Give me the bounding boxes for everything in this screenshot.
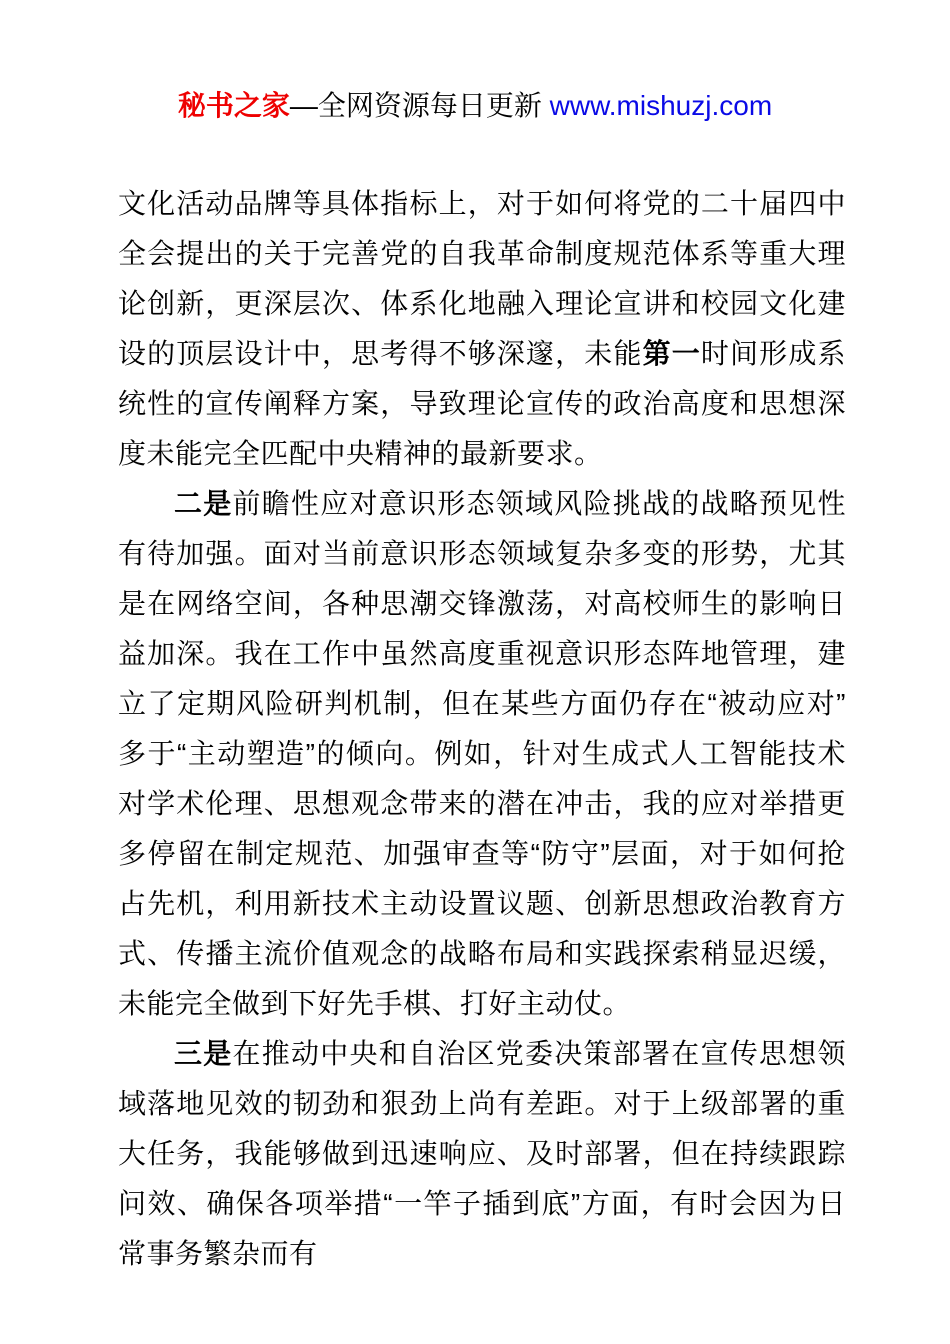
bold-run-diyi: 第一	[643, 338, 701, 369]
site-name: 秘书之家	[178, 90, 290, 121]
document-body: 文化活动品牌等具体指标上，对于如何将党的二十届四中全会提出的关于完善党的自我革命…	[118, 179, 846, 1279]
paragraph-3: 三是在推动中央和自治区党委决策部署在宣传思想领域落地见效的韧劲和狠劲上尚有差距。…	[118, 1029, 846, 1279]
text-run: 在推动中央和自治区党委决策部署在宣传思想领域落地见效的韧劲和狠劲上尚有差距。对于…	[118, 1038, 846, 1269]
page-header: 秘书之家—全网资源每日更新 www.mishuzj.com	[0, 0, 950, 126]
site-tagline: —全网资源每日更新	[290, 90, 550, 121]
bold-run-sanshi: 三是	[174, 1038, 233, 1069]
document-page: 秘书之家—全网资源每日更新 www.mishuzj.com 文化活动品牌等具体指…	[0, 0, 950, 1344]
paragraph-1: 文化活动品牌等具体指标上，对于如何将党的二十届四中全会提出的关于完善党的自我革命…	[118, 179, 846, 479]
site-url-link[interactable]: www.mishuzj.com	[550, 90, 772, 121]
bold-run-ershi: 二是	[174, 488, 233, 519]
text-run: 前瞻性应对意识形态领域风险挑战的战略预见性有待加强。面对当前意识形态领域复杂多变…	[118, 488, 846, 1019]
paragraph-2: 二是前瞻性应对意识形态领域风险挑战的战略预见性有待加强。面对当前意识形态领域复杂…	[118, 479, 846, 1029]
